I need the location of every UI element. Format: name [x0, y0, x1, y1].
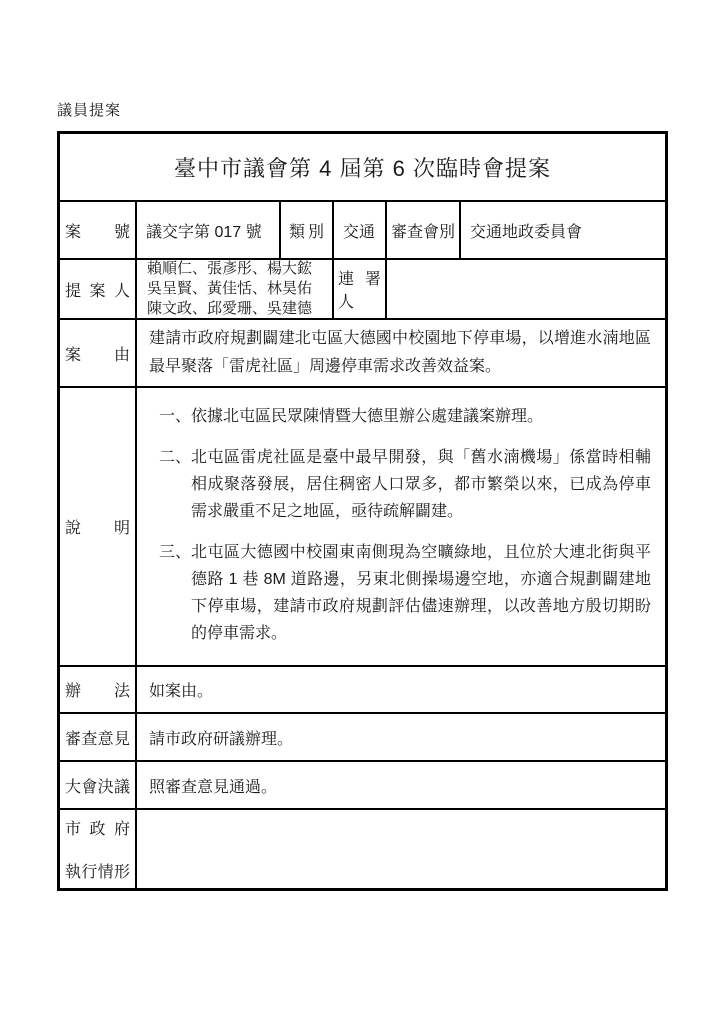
- proposers-names: 賴順仁、張彥彤、楊大鋐 吳呈賢、黃佳恬、林昊佑 陳文政、邱愛珊、吳建德: [135, 260, 332, 318]
- execution-label: 市政府 執行情形: [60, 810, 135, 888]
- committee-label-text: 審查會別: [391, 219, 455, 242]
- resolution-row: 大會決議 照審查意見通過。: [60, 760, 665, 808]
- case-number-value: 議交字第 017 號: [135, 202, 279, 258]
- proposal-table: 臺中市議會第 4 屆第 6 次臨時會提案 案號 議交字第 017 號 類別 交通…: [57, 131, 668, 891]
- method-label-text: 辦法: [65, 678, 130, 701]
- cosigners-label-text: 連署人: [338, 266, 381, 312]
- doc-type-label: 議員提案: [57, 99, 121, 120]
- explanation-item-2-text: 北屯區雷虎社區是臺中最早開發，與「舊水湳機場」係當時相輔相成聚落發展，居住稠密人…: [191, 444, 651, 525]
- explanation-label-text: 說明: [65, 515, 130, 538]
- resolution-label: 大會決議: [60, 762, 135, 808]
- proposers-label-text: 提案人: [65, 278, 130, 301]
- committee-value: 交通地政委員會: [459, 202, 665, 258]
- explanation-item-3-text: 北屯區大德國中校園東南側現為空曠綠地，且位於大連北街與平德路 1 巷 8M 道路…: [191, 539, 651, 647]
- explanation-item-3: 三、 北屯區大德國中校園東南側現為空曠綠地，且位於大連北街與平德路 1 巷 8M…: [159, 539, 651, 647]
- method-text: 如案由。: [135, 667, 665, 712]
- title-row: 臺中市議會第 4 屆第 6 次臨時會提案: [60, 134, 665, 200]
- execution-row: 市政府 執行情形: [60, 808, 665, 888]
- committee-label: 審查會別: [385, 202, 459, 258]
- resolution-text: 照審查意見通過。: [135, 762, 665, 808]
- proposers-line-3: 陳文政、邱愛珊、吳建德: [147, 300, 312, 317]
- explanation-item-2-marker: 二、: [159, 444, 191, 525]
- proposers-line-2: 吳呈賢、黃佳恬、林昊佑: [147, 280, 312, 297]
- category-value: 交通: [332, 202, 385, 258]
- case-number-label: 案號: [60, 202, 135, 258]
- method-label: 辦法: [60, 667, 135, 712]
- category-label: 類別: [279, 202, 332, 258]
- case-number-label-text: 案號: [65, 219, 130, 242]
- resolution-label-text: 大會決議: [65, 774, 130, 797]
- execution-text: [135, 810, 665, 888]
- review-opinion-label-text: 審查意見: [65, 726, 130, 749]
- explanation-item-1-marker: 一、: [159, 403, 191, 430]
- explanation-row: 說明 一、 依據北屯區民眾陳情暨大德里辦公處建議案辦理。 二、 北屯區雷虎社區是…: [60, 386, 665, 665]
- subject-row: 案由 建請市政府規劃闢建北屯區大德國中校園地下停車場，以增進水湳地區最早聚落「雷…: [60, 318, 665, 386]
- cosigners-label: 連署人: [332, 260, 385, 318]
- execution-label-line-1: 市政府: [65, 816, 130, 839]
- explanation-item-2: 二、 北屯區雷虎社區是臺中最早開發，與「舊水湳機場」係當時相輔相成聚落發展，居住…: [159, 444, 651, 525]
- case-meta-row: 案號 議交字第 017 號 類別 交通 審查會別 交通地政委員會: [60, 200, 665, 258]
- explanation-item-3-marker: 三、: [159, 539, 191, 647]
- explanation-item-1-text: 依據北屯區民眾陳情暨大德里辦公處建議案辦理。: [191, 403, 651, 430]
- cosigners-value: [385, 260, 665, 318]
- subject-label: 案由: [60, 320, 135, 386]
- review-opinion-row: 審查意見 請市政府研議辦理。: [60, 712, 665, 760]
- subject-label-text: 案由: [65, 342, 130, 365]
- category-label-text: 類別: [289, 219, 324, 242]
- proposers-line-1: 賴順仁、張彥彤、楊大鋐: [147, 260, 312, 277]
- review-opinion-label: 審查意見: [60, 714, 135, 760]
- proposers-row: 提案人 賴順仁、張彥彤、楊大鋐 吳呈賢、黃佳恬、林昊佑 陳文政、邱愛珊、吳建德 …: [60, 258, 665, 318]
- subject-text: 建請市政府規劃闢建北屯區大德國中校園地下停車場，以增進水湳地區最早聚落「雷虎社區…: [135, 320, 665, 386]
- method-row: 辦法 如案由。: [60, 665, 665, 712]
- proposers-label: 提案人: [60, 260, 135, 318]
- review-opinion-text: 請市政府研議辦理。: [135, 714, 665, 760]
- explanation-item-1: 一、 依據北屯區民眾陳情暨大德里辦公處建議案辦理。: [159, 403, 651, 430]
- explanation-content: 一、 依據北屯區民眾陳情暨大德里辦公處建議案辦理。 二、 北屯區雷虎社區是臺中最…: [135, 388, 665, 665]
- explanation-label: 說明: [60, 388, 135, 665]
- execution-label-line-2: 執行情形: [65, 859, 130, 882]
- page-title: 臺中市議會第 4 屆第 6 次臨時會提案: [60, 134, 665, 200]
